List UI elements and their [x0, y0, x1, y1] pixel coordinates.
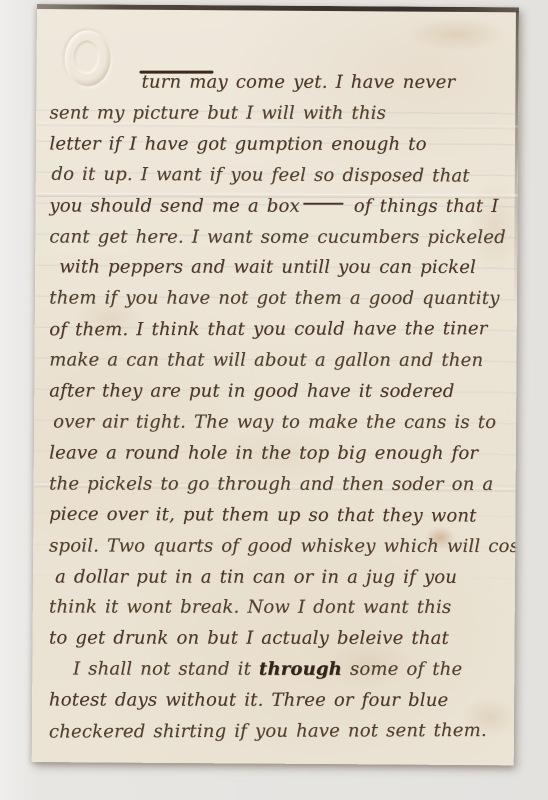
letter-lines: turn may come yet. I have neversent my p…	[49, 68, 512, 748]
letter-text-segment: spoil. Two quarts of good whiskey which …	[49, 535, 519, 556]
letter-text-segment: after they are put in good have it soder…	[49, 381, 454, 402]
letter-line: over air tight. The way to make the cans…	[49, 407, 511, 438]
letter-text-segment: hotest days without it. Three or four bl…	[49, 690, 448, 711]
letter-text-segment: piece over it, put them up so that they …	[49, 503, 477, 526]
letter-text-segment: do it up. I want if you feel so disposed…	[51, 163, 469, 186]
letter-text-segment: turn	[141, 72, 181, 93]
letter-line: the pickels to go through and then soder…	[49, 469, 511, 500]
letter-text-segment: think it wont break. Now I dont want thi…	[49, 597, 451, 618]
letter-line: checkered shirting if you have not sent …	[49, 716, 511, 749]
letter-text-segment: of things that I	[346, 195, 499, 216]
letter-text-segment: them if you have not got them a good qua…	[49, 288, 499, 309]
letter-text-segment: cant get here. I want some cucumbers pic…	[49, 226, 506, 247]
letter-text-segment: you should send me a	[49, 195, 266, 216]
letter-text-segment: a dollar put in a tin can or in a jug if…	[55, 566, 457, 587]
letter-line: after they are put in good have it soder…	[49, 377, 511, 408]
letter-text-segment: may come yet. I have never	[181, 72, 455, 93]
letter-line: hotest days without it. Three or four bl…	[49, 686, 511, 717]
letter-line: leave a round hole in the top big enough…	[49, 438, 511, 469]
letter-line: of them. I think that you could have the…	[49, 314, 511, 346]
letter-text-segment: over air tight. The way to make the cans…	[53, 411, 496, 432]
letter-line: spoil. Two quarts of good whiskey which …	[49, 531, 511, 562]
letter-line: make a can that will about a gallon and …	[49, 346, 511, 377]
age-stain	[407, 17, 507, 52]
letter-text-segment: some of the	[342, 659, 462, 680]
letter-line: do it up. I want if you feel so disposed…	[49, 159, 511, 192]
letter-text-segment: of them. I think that you could have the…	[49, 318, 487, 340]
letter-text-segment: checkered shirting if you have not sent …	[49, 720, 487, 743]
letter-text-segment: to get drunk on but I actualy beleive th…	[49, 628, 449, 649]
letter-text-segment: letter if I have got gumption enough to	[49, 133, 426, 154]
letter-line: a dollar put in a tin can or in a jug if…	[49, 562, 511, 593]
letter-line: think it wont break. Now I dont want thi…	[49, 593, 511, 624]
letter-text-segment: the pickels to go through and then soder…	[49, 473, 493, 494]
letter-text-segment: I shall not stand it	[73, 659, 259, 680]
paper-top-edge	[37, 4, 519, 12]
letter-text-segment: make a can that will about a gallon and …	[49, 350, 483, 371]
letter-line: cant get here. I want some cucumbers pic…	[49, 222, 511, 253]
letter-line: turn may come yet. I have never	[49, 68, 511, 99]
letter-line: with peppers and wait untill you can pic…	[49, 253, 511, 284]
letter-line: I shall not stand it through some of the	[49, 655, 511, 686]
letter-text-segment: with peppers and wait untill you can pic…	[59, 257, 476, 278]
letter-line: sent my picture but I will with this	[49, 98, 511, 129]
letter-text-segment: through	[259, 659, 342, 680]
letter-line: you should send me a box of things that …	[49, 191, 511, 222]
letter-line: piece over it, put them up so that they …	[49, 499, 511, 532]
letter-line: letter if I have got gumption enough to	[49, 129, 511, 160]
letter-text-segment: leave a round hole in the top big enough…	[49, 442, 478, 463]
letter-line: to get drunk on but I actualy beleive th…	[49, 624, 511, 655]
scan-background: turn may come yet. I have neversent my p…	[0, 0, 548, 800]
letter-text-segment: box	[267, 195, 346, 216]
letter-paper: turn may come yet. I have neversent my p…	[32, 4, 519, 765]
letter-line: them if you have not got them a good qua…	[49, 284, 511, 315]
letter-text-segment: sent my picture but I will with this	[49, 102, 386, 123]
